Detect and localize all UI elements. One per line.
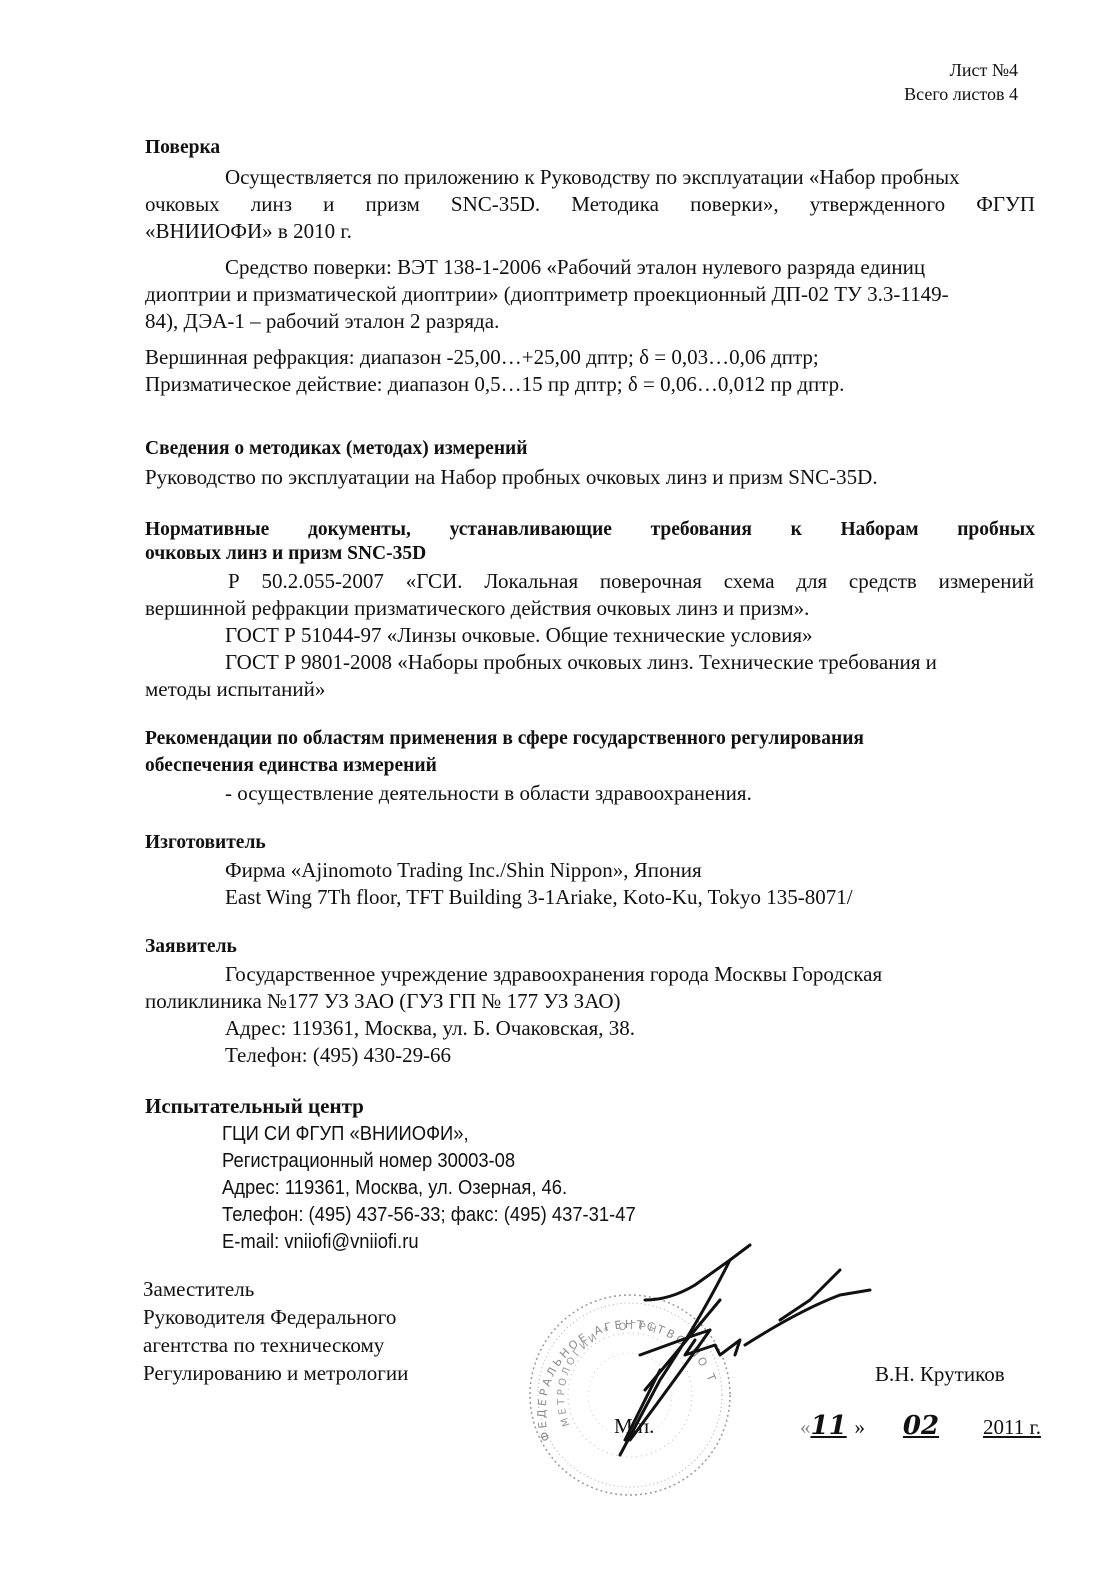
signature-date: «11»022011 г.	[800, 1412, 1041, 1441]
methods-text: Руководство по эксплуатации на Набор про…	[145, 463, 878, 491]
sheet-number: Лист №4	[950, 60, 1018, 81]
test-center-reg: Регистрационный номер 30003-08	[222, 1147, 515, 1175]
normative-doc: методы испытаний»	[145, 675, 325, 703]
applicant-name-cont: поликлиника №177 УЗ ЗАО (ГУЗ ГП № 177 УЗ…	[145, 987, 620, 1015]
test-center-phone: Телефон: (495) 437-56-33; факс: (495) 43…	[222, 1201, 636, 1229]
paragraph-line: 84), ДЭА-1 – рабочий эталон 2 разряда.	[145, 307, 499, 335]
position-line: Регулированию и метрологии	[143, 1359, 408, 1387]
handwritten-signature-icon	[600, 1240, 900, 1480]
signatory-name: В.Н. Крутиков	[875, 1360, 1005, 1388]
date-year: 2011 г.	[977, 1415, 1041, 1439]
section-title-methods: Сведения о методиках (методах) измерений	[145, 438, 528, 460]
normative-doc: ГОСТ Р 9801-2008 «Наборы пробных очковых…	[225, 648, 937, 676]
applicant-phone: Телефон: (495) 430-29-66	[225, 1041, 451, 1069]
vertex-refraction: Вершинная рефракция: диапазон -25,00…+25…	[145, 343, 819, 371]
section-title-recommendations-cont: обеспечения единства измерений	[145, 755, 437, 777]
paragraph-line: диоптрии и призматической диоптрии» (дио…	[145, 280, 949, 308]
section-title-test-center: Испытательный центр	[145, 1094, 364, 1119]
section-title-manufacturer: Изготовитель	[145, 832, 266, 854]
prismatic-action: Призматическое действие: диапазон 0,5…15…	[145, 370, 844, 398]
paragraph-line: Средство поверки: ВЭТ 138-1-2006 «Рабочи…	[225, 253, 925, 281]
applicant-name: Государственное учреждение здравоохранен…	[225, 960, 882, 988]
test-center-address: Адрес: 119361, Москва, ул. Озерная, 46.	[222, 1174, 567, 1202]
applicant-address: Адрес: 119361, Москва, ул. Б. Очаковская…	[225, 1014, 635, 1042]
section-title-verification: Поверка	[145, 137, 220, 159]
section-title-recommendations: Рекомендации по областям применения в сф…	[145, 728, 864, 750]
paragraph-line: Осуществляется по приложению к Руководст…	[225, 163, 960, 191]
section-title-normative-cont: очковых линз и призм SNC-35D	[145, 543, 426, 565]
stamp-placeholder-label: М.п.	[614, 1412, 654, 1440]
date-close-quote: »	[855, 1415, 866, 1439]
section-title-normative: Нормативные документы, устанавливающие т…	[145, 516, 1035, 544]
test-center-email[interactable]: E-mail: vniiofi@vniiofi.ru	[222, 1228, 419, 1256]
manufacturer-name: Фирма «Ajinomoto Trading Inc./Shin Nippo…	[225, 856, 702, 884]
normative-doc: Р 50.2.055-2007 «ГСИ. Локальная поверочн…	[228, 567, 1034, 595]
total-sheets: Всего листов 4	[904, 84, 1018, 105]
position-line: Руководителя Федерального	[143, 1303, 408, 1331]
signatory-position: Заместитель Руководителя Федерального аг…	[143, 1275, 408, 1387]
date-month-blank: 02	[865, 1412, 977, 1441]
date-month: 02	[903, 1411, 939, 1441]
normative-doc: ГОСТ Р 51044-97 «Линзы очковые. Общие те…	[225, 621, 813, 649]
position-line: Заместитель	[143, 1275, 408, 1303]
manufacturer-address: East Wing 7Th floor, TFT Building 3-1Ari…	[225, 883, 853, 911]
test-center-name: ГЦИ СИ ФГУП «ВНИИОФИ»,	[222, 1120, 469, 1148]
paragraph-line: «ВНИИОФИ» в 2010 г.	[145, 217, 352, 245]
date-open-quote: «	[800, 1415, 811, 1439]
section-title-applicant: Заявитель	[145, 936, 237, 958]
date-day: 11	[811, 1412, 855, 1440]
position-line: агентства по техническому	[143, 1331, 408, 1359]
recommendation-item: - осуществление деятельности в области з…	[225, 779, 752, 807]
paragraph-line: очковых линз и призм SNC-35D. Методика п…	[145, 190, 1035, 218]
normative-doc: вершинной рефракции призматического дейс…	[145, 594, 809, 622]
